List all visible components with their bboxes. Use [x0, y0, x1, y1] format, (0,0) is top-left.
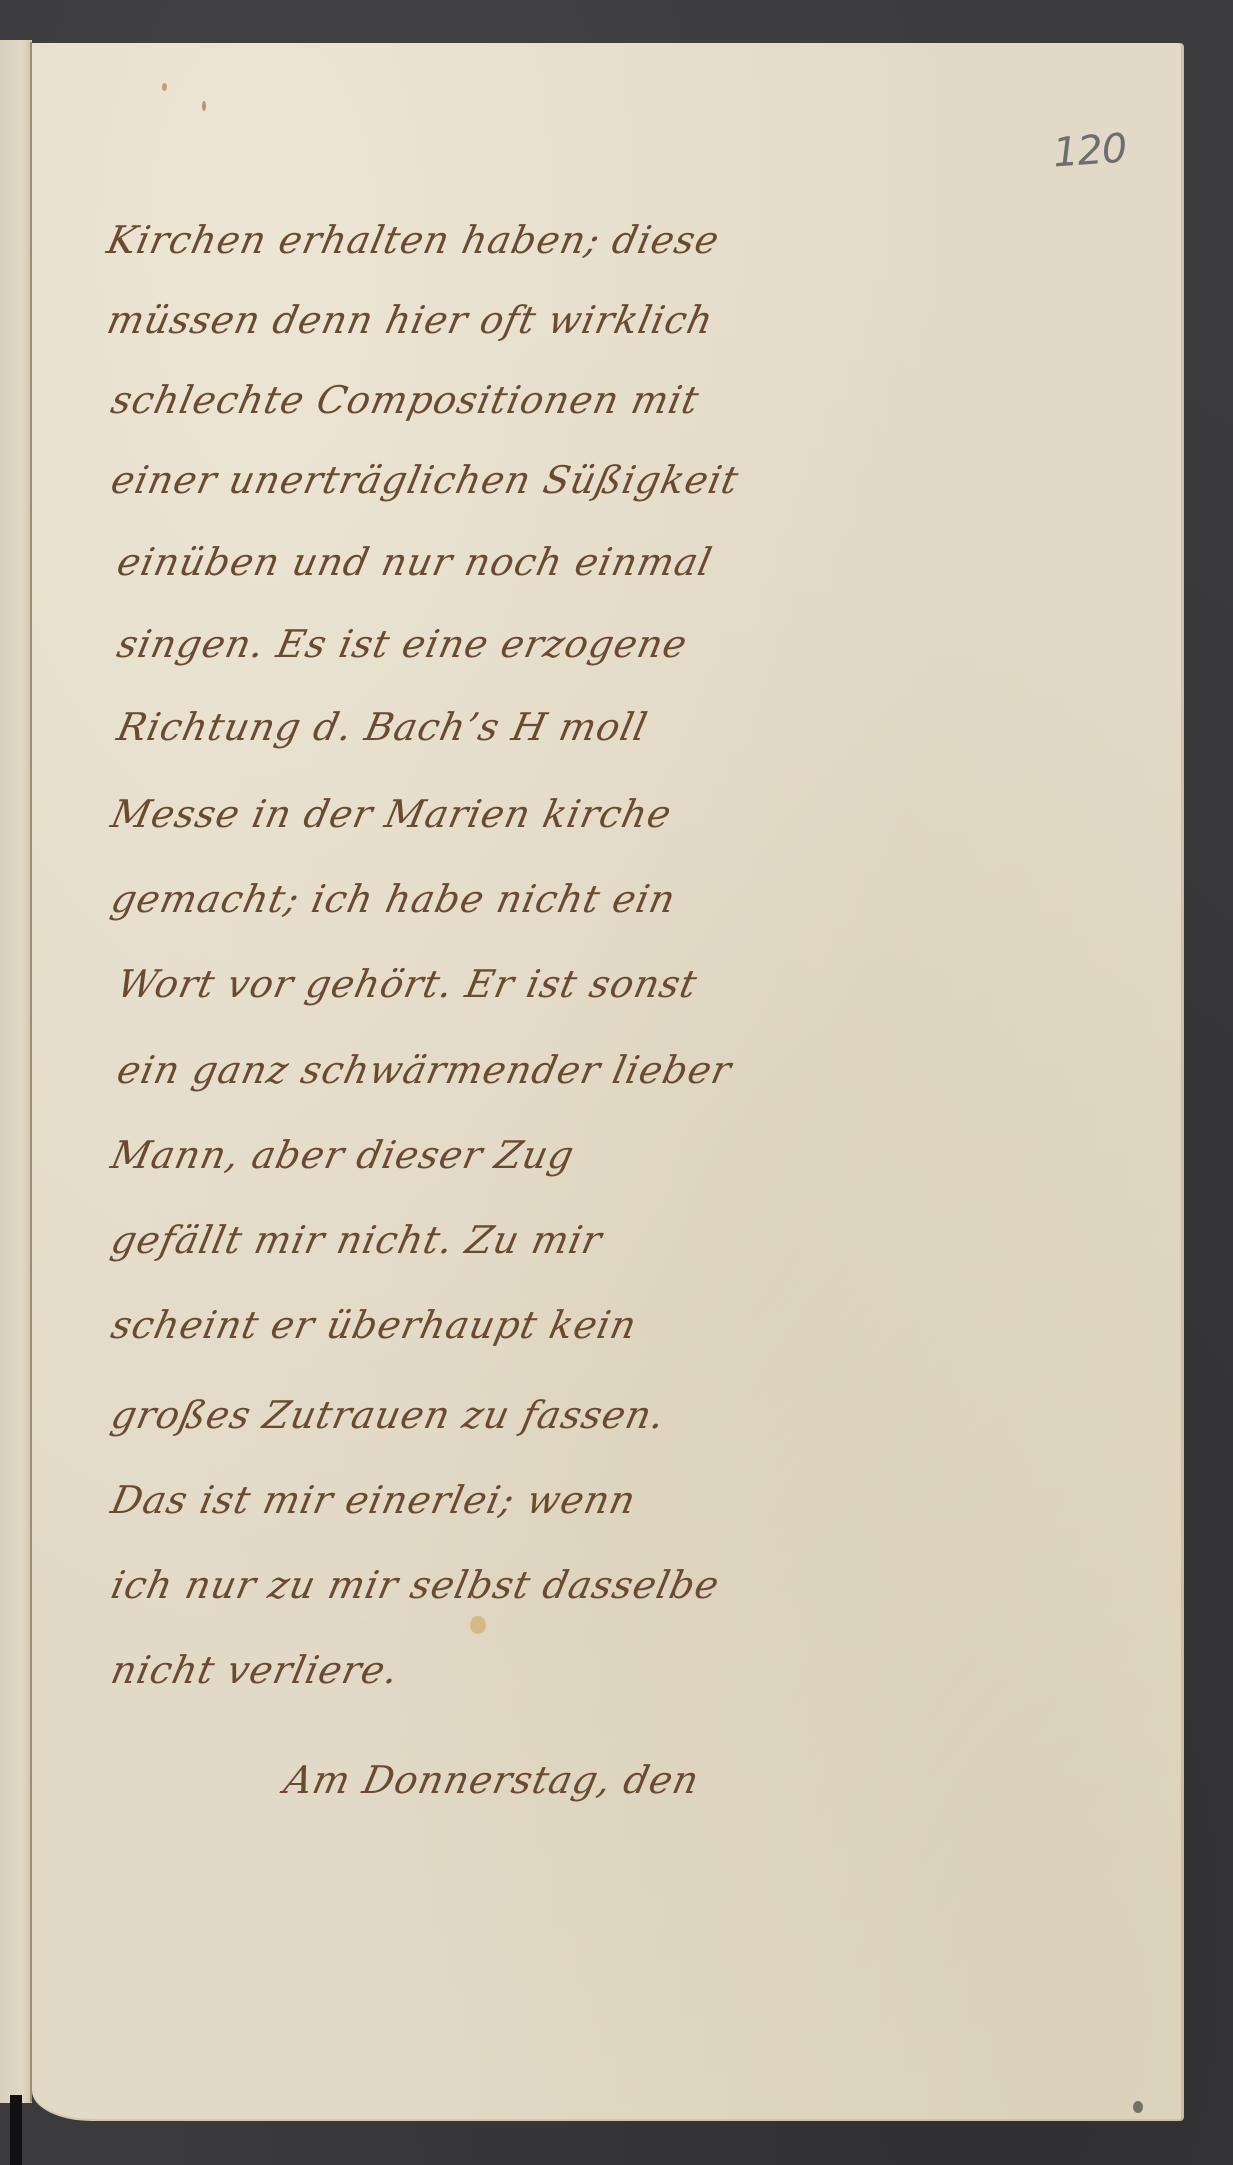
text-line: Mann, aber dieser Zug — [107, 1133, 578, 1177]
text-line: Das ist mir einerlei; wenn — [107, 1478, 640, 1522]
text-line: nicht verliere. — [107, 1648, 403, 1692]
text-line: ich nur zu mir selbst dasselbe — [107, 1563, 723, 1607]
text-line: Messe in der Marien kirche — [107, 792, 676, 836]
text-line: singen. Es ist eine erzogene — [113, 622, 691, 666]
paper-stain — [202, 101, 206, 111]
spine-shadow — [10, 2095, 22, 2165]
text-line: einüben und nur noch einmal — [113, 540, 716, 584]
text-line: Wort vor gehört. Er ist sonst — [113, 962, 701, 1006]
text-line: Richtung d. Bach’s H moll — [113, 705, 651, 749]
text-line: gemacht; ich habe nicht ein — [107, 877, 680, 921]
folio-number: 120 — [1051, 125, 1127, 176]
text-line: schlechte Compositionen mit — [107, 378, 703, 422]
paper-stain — [162, 83, 167, 91]
text-line: Kirchen erhalten haben; diese — [103, 218, 723, 262]
previous-page-edge — [0, 40, 32, 2103]
paper-stain — [470, 1616, 486, 1634]
text-line: gefällt mir nicht. Zu mir — [107, 1218, 606, 1262]
text-line: ein ganz schwärmender lieber — [113, 1048, 736, 1092]
text-line: Am Donnerstag, den — [280, 1758, 703, 1802]
text-line: scheint er überhaupt kein — [107, 1303, 641, 1347]
text-line: großes Zutrauen zu fassen. — [107, 1393, 669, 1437]
paper-stain — [1133, 2101, 1143, 2113]
text-line: müssen denn hier oft wirklich — [103, 298, 717, 342]
text-line: einer unerträglichen Süßigkeit — [107, 458, 743, 502]
